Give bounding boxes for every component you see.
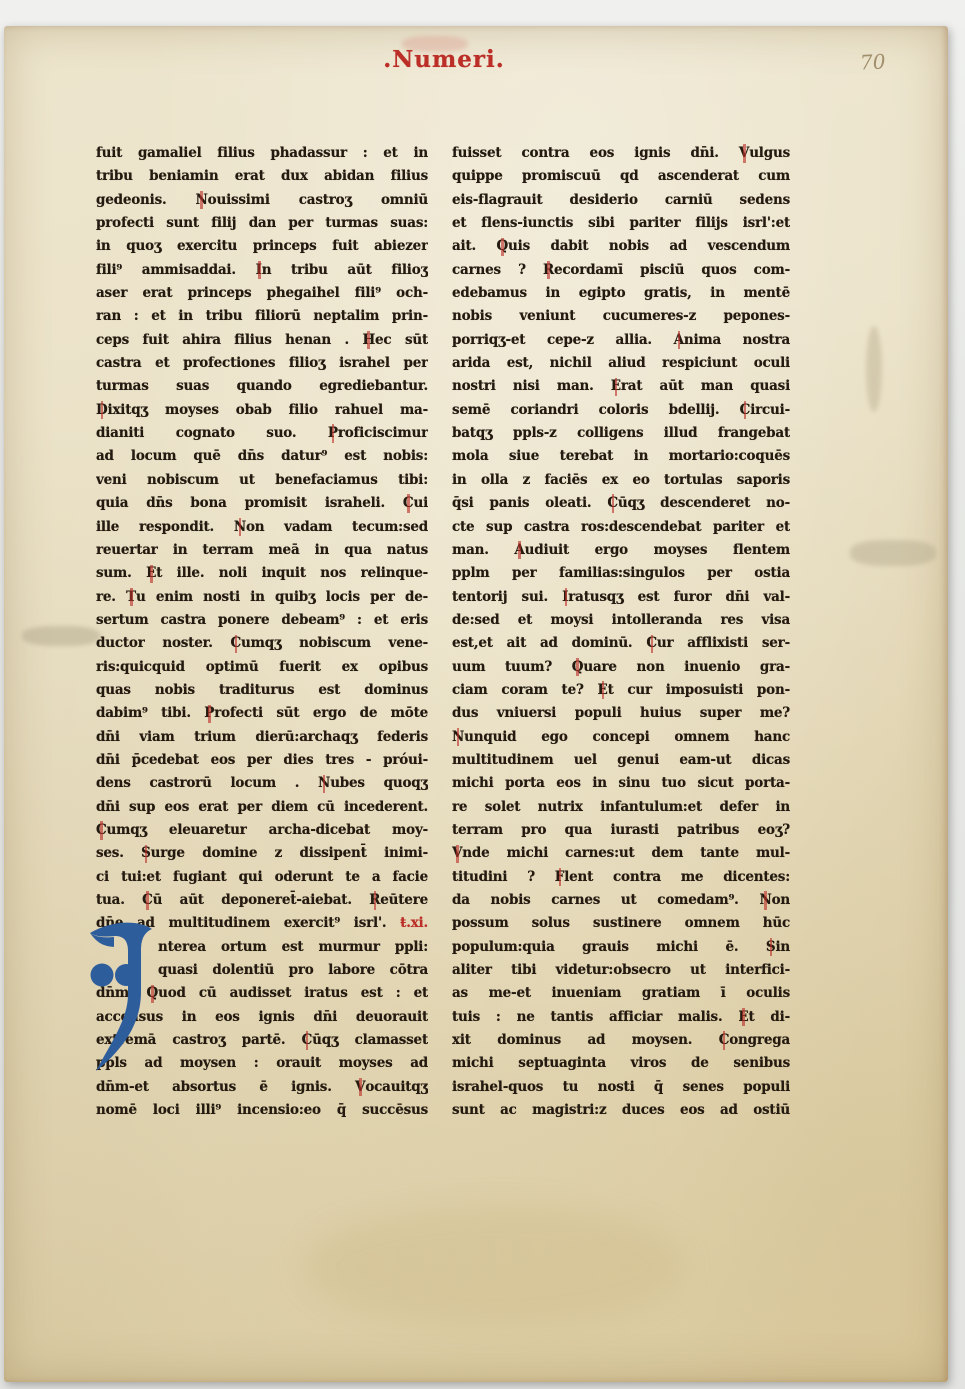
text-line: fili⁹ ammisaddai. In tribu aūt filioʒ — [96, 259, 428, 282]
text-line: edebamus in egipto gratis, in mentē — [452, 282, 790, 305]
rubricated-capital: I — [562, 586, 568, 609]
chapter-rubric: ŧ.xi. — [400, 915, 428, 931]
rubricated-capital: C — [607, 492, 618, 515]
text-line: xit dominus ad moysen. Congrega — [452, 1029, 790, 1052]
text-line: carnes ? Recordamī pisciū quos com- — [452, 259, 790, 282]
text-line: multitudinem uel genui eam-ut dicas — [452, 749, 790, 772]
text-line: batqʒ ppls-z colligens illud frangebat — [452, 422, 790, 445]
running-title: .Numeri. — [344, 46, 544, 73]
text-line: tua. Cū aūt deponeret̄-aiebat. Reūtere — [96, 889, 428, 912]
illuminated-initial-I — [88, 920, 154, 1074]
rubricated-capital: E — [611, 375, 621, 398]
text-line: castra et profectiones filioʒ israhel pe… — [96, 352, 428, 375]
parchment-stain — [304, 1206, 684, 1326]
rubricated-capital: N — [759, 889, 771, 912]
text-line: porriqʒ-et cepe-z allia. Anima nostra — [452, 329, 790, 352]
folio-number: 70 — [859, 49, 886, 74]
text-line: michi porta eos in sinu tuo sicut porta- — [452, 772, 790, 795]
rubricated-capital: T — [126, 586, 136, 609]
showthrough-smudge-right — [850, 540, 936, 566]
text-line: ciam coram te? Et cur imposuisti pon- — [452, 679, 790, 702]
text-line: re solet nutrix infantulum:et defer in — [452, 796, 790, 819]
text-line: de:sed et moysi intolleranda res visa — [452, 609, 790, 632]
text-line: fuit gamaliel filius phadassur : et in — [96, 142, 428, 165]
text-line: ductor noster. Cumqʒ nobiscum vene- — [96, 632, 428, 655]
text-line: quippe promiscuū qd ascenderat cum — [452, 165, 790, 188]
text-line: veni nobiscum ut benefaciamus tibi: — [96, 469, 428, 492]
rubricated-capital: C — [403, 492, 414, 515]
text-line: ceps fuit ahira filius henan . Hec sūt — [96, 329, 428, 352]
text-line: Nunquid ego concepi omnem hanc — [452, 726, 790, 749]
text-line: uum tuum? Quare non inuenio gra- — [452, 656, 790, 679]
text-line: reuertar in terram meā in qua natus — [96, 539, 428, 562]
rubricated-capital: N — [452, 726, 464, 749]
rubricated-capital: C — [302, 1029, 313, 1052]
text-line: dn̄i viam trium dierū:archaqʒ federis — [96, 726, 428, 749]
rubricated-capital: E — [597, 679, 607, 702]
text-line: possum solus sustinere omnem hūc — [452, 912, 790, 935]
text-line: sertum castra ponere debeam⁹ : et eris — [96, 609, 428, 632]
rubricated-capital: C — [719, 1029, 730, 1052]
text-line: titudini ? Flent contra me dicentes: — [452, 866, 790, 889]
text-line: aliter tibi videtur:obsecro ut interfici… — [452, 959, 790, 982]
rubricated-capital: N — [196, 189, 208, 212]
rubricated-capital: F — [555, 866, 564, 889]
text-line: Cumqʒ eleuaretur archa-dicebat moy- — [96, 819, 428, 842]
text-line: dn̄m-et absortus ē ignis. Vocauitqʒ — [96, 1076, 428, 1099]
text-line: dens castrorū locum . Nubes quoqʒ — [96, 772, 428, 795]
rubricated-capital: I — [256, 259, 262, 282]
rubricated-capital: Q — [572, 656, 584, 679]
text-line: ille respondit. Non vadam tecum:sed — [96, 516, 428, 539]
text-line: da nobis carnes ut comedam⁹. Non — [452, 889, 790, 912]
text-line: est,et ait ad dominū. Cur afflixisti ser… — [452, 632, 790, 655]
text-line: et flens-iunctis sibi pariter filijs isr… — [452, 212, 790, 235]
rubricated-capital: Q — [496, 235, 508, 258]
rubricated-capital: C — [230, 632, 241, 655]
rubricated-capital: C — [646, 632, 657, 655]
rubricated-capital: D — [96, 399, 108, 422]
text-line: ad locum quē dn̄s datur⁹ est nobis: — [96, 445, 428, 468]
rubricated-capital: V — [355, 1076, 365, 1099]
manuscript-page: .Numeri. 70 fuit gamaliel filius phadass… — [4, 26, 948, 1382]
text-line: pplm per familias:singulos per ostia — [452, 562, 790, 585]
text-line: dabim⁹ tibi. Profecti sūt ergo de mōte — [96, 702, 428, 725]
text-line: cte sup castra ros:descendebat pariter e… — [452, 516, 790, 539]
text-line: quia dn̄s bona promisit israheli. Cui — [96, 492, 428, 515]
text-line: semē coriandri coloris bdellij. Circui- — [452, 399, 790, 422]
rubricated-capital: A — [674, 329, 684, 352]
text-line: as me-et inueniam gratiam ī oculis — [452, 982, 790, 1005]
text-line: man. Audiuit ergo moyses flentem — [452, 539, 790, 562]
text-line: tribu beniamin erat dux abidan filius — [96, 165, 428, 188]
rubricated-capital: P — [328, 422, 338, 445]
rubricated-capital: C — [740, 399, 751, 422]
text-line: nostri nisi man. Erat aūt man quasi — [452, 375, 790, 398]
text-line: sum. Et ille. noli inquit nos relinque- — [96, 562, 428, 585]
text-line: tentorij sui. Iratusqʒ est furor dn̄i va… — [452, 586, 790, 609]
text-line: michi septuaginta viros de senibus — [452, 1052, 790, 1075]
rubricated-capital: S — [141, 842, 151, 865]
text-line: turmas suas quando egrediebantur. — [96, 375, 428, 398]
text-line: eis-flagrauit desiderio carniū sedens — [452, 189, 790, 212]
text-line: in olla z faciēs ex eo tortulas saporis — [452, 469, 790, 492]
text-line: tuis : ne tantis afficiar malis. Et di- — [452, 1006, 790, 1029]
rubricated-capital: V — [452, 842, 462, 865]
rubricated-capital: V — [739, 142, 749, 165]
rubricated-capital: E — [146, 562, 156, 585]
rubricated-capital: C — [96, 819, 107, 842]
text-column-right: fuisset contra eos ignis dn̄i. Vulgusqui… — [452, 142, 790, 1122]
rubricated-capital: C — [142, 889, 153, 912]
text-line: Dixitqʒ moyses obab filio rahuel ma- — [96, 399, 428, 422]
text-line: dus vniuersi populi huius super me? — [452, 702, 790, 725]
text-line: israhel-quos tu nosti q̄ senes populi — [452, 1076, 790, 1099]
rubricated-capital: P — [204, 702, 214, 725]
rubricated-capital: A — [514, 539, 524, 562]
rubricated-capital: R — [369, 889, 380, 912]
text-line: nomē loci illi⁹ incensio:eo q̄ succēsus — [96, 1099, 428, 1122]
scan-background: { "page": { "running_title": ".Numeri.",… — [0, 0, 965, 1389]
text-line: sunt ac magistri:z duces eos ad ostiū — [452, 1099, 790, 1122]
text-line: fuisset contra eos ignis dn̄i. Vulgus — [452, 142, 790, 165]
text-line: re. Tu enim nosti in quibʒ locis per de- — [96, 586, 428, 609]
text-line: ci tui:et fugiant qui oderunt te a facie — [96, 866, 428, 889]
text-line: ran : et in tribu filiorū neptalim prin- — [96, 305, 428, 328]
rubricated-capital: N — [234, 516, 246, 539]
text-line: Vnde michi carnes:ut dem tante mul- — [452, 842, 790, 865]
text-line: dn̄i p̄cedebat eos per dies tres - próui… — [96, 749, 428, 772]
rubricated-capital: S — [766, 936, 776, 959]
margin-stain — [866, 326, 882, 412]
text-line: quas nobis traditurus est dominus — [96, 679, 428, 702]
text-line: dianiti cognato suo. Proficiscimur — [96, 422, 428, 445]
text-line: terram pro qua iurasti patribus eoʒ? — [452, 819, 790, 842]
text-line: aser erat princeps phegaihel fili⁹ och- — [96, 282, 428, 305]
text-line: in quoʒ exercitu princeps fuit abiezer — [96, 235, 428, 258]
text-line: nobis veniunt cucumeres-z pepones- — [452, 305, 790, 328]
text-line: profecti sunt filij dan per turmas suas: — [96, 212, 428, 235]
text-line: ait. Quis dabit nobis ad vescendum — [452, 235, 790, 258]
rubricated-capital: R — [543, 259, 554, 282]
lombard-initial-icon — [88, 920, 154, 1074]
text-line: q̄si panis oleati. Cūqʒ descenderet no- — [452, 492, 790, 515]
text-line: mola siue terebat in mortario:coquēs — [452, 445, 790, 468]
text-line: ses. Surge domine z dissipent̄ inimi- — [96, 842, 428, 865]
showthrough-smudge-left — [22, 626, 100, 646]
text-line: populum:quia grauis michi ē. Sin — [452, 936, 790, 959]
text-line: ris:quicquid optimū fuerit ex opibus — [96, 656, 428, 679]
text-line: arida est, nichil aliud respiciunt oculi — [452, 352, 790, 375]
rubricated-capital: E — [738, 1006, 748, 1029]
text-line: dn̄i sup eos erat per diem cū incederent… — [96, 796, 428, 819]
text-line: gedeonis. Nouissimi castroʒ omniū — [96, 189, 428, 212]
rubricated-capital: N — [318, 772, 330, 795]
rubricated-capital: H — [362, 329, 375, 352]
